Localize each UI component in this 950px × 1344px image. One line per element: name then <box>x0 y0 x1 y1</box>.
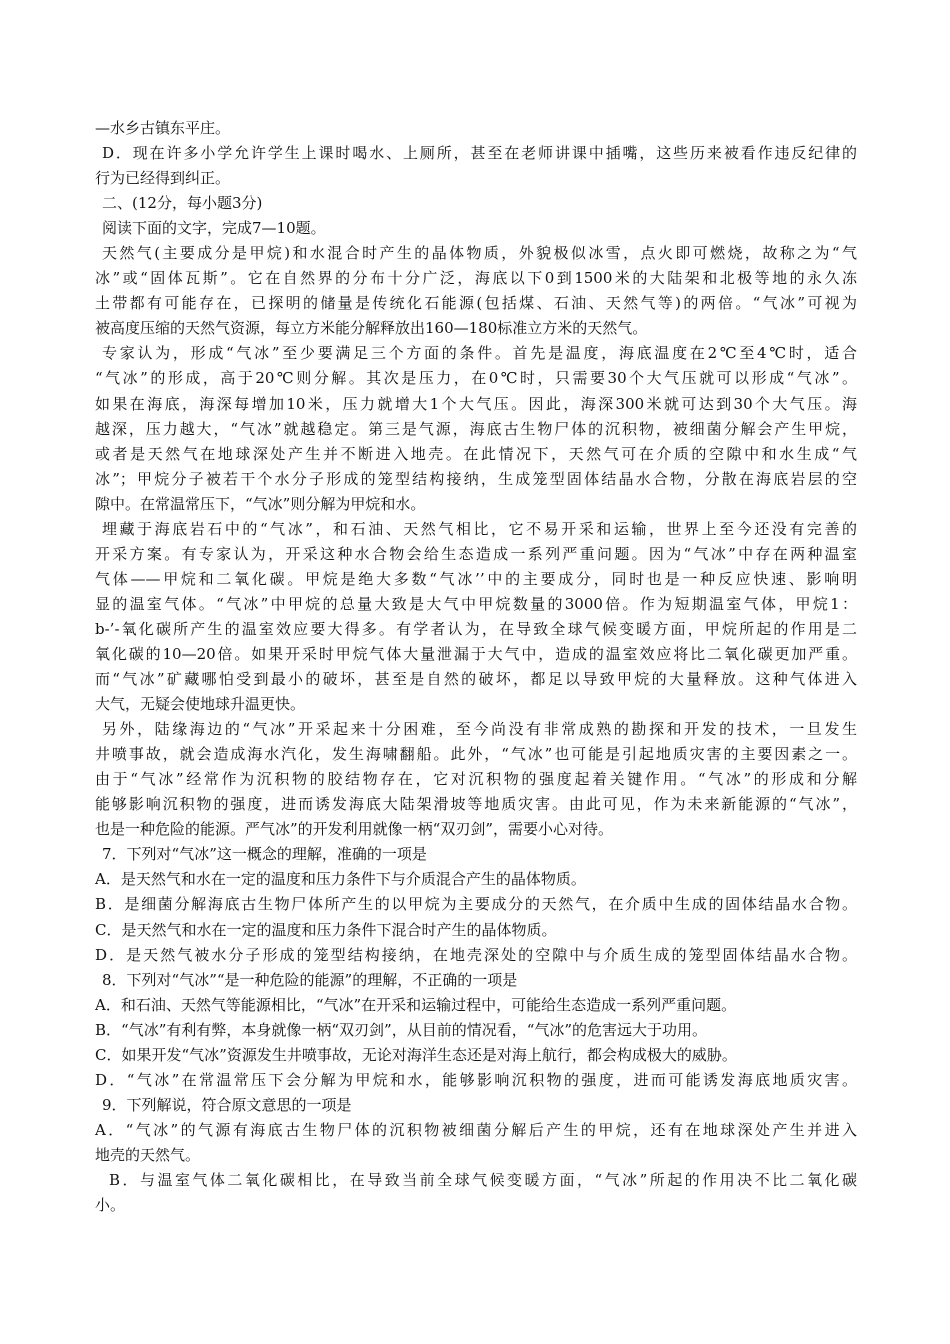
document-page: —水乡古镇东平庄。D．现在许多小学允许学生上课时喝水、上厕所，甚至在老师讲课中插… <box>95 116 857 1218</box>
text-line: 而“气冰”矿藏哪怕受到最小的破坏，甚至是自然的破坏，都足以导致甲烷的大量释放。这… <box>95 667 857 692</box>
text-line: “气冰”的形成，高于20℃则分解。其次是压力，在0℃时，只需要30个大气压就可以… <box>95 366 857 391</box>
text-line: 冰”或“固体瓦斯”。它在自然界的分布十分广泛，海底以下0到1500米的大陆架和北… <box>95 266 857 291</box>
text-line: 大气，无疑会使地球升温更快。 <box>95 692 857 717</box>
text-line: D．是天然气被水分子形成的笼型结构接纳，在地壳深处的空隙中与介质生成的笼型固体结… <box>95 943 857 968</box>
text-line: C．如果开发“气冰”资源发生井喷事故，无论对海洋生态还是对海上航行，都会构成极大… <box>95 1043 857 1068</box>
text-line: 二、(12分，每小题3分) <box>95 191 857 216</box>
text-line: A．和石油、天然气等能源相比，“气冰”在开采和运输过程中，可能给生态造成一系列严… <box>95 993 857 1018</box>
text-line: 也是一种危险的能源。严气冰”的开发利用就像一柄“双刃剑”，需要小心对待。 <box>95 817 857 842</box>
text-line: D．“气冰”在常温常压下会分解为甲烷和水，能够影响沉积物的强度，进而可能诱发海底… <box>95 1068 857 1093</box>
text-line: 能够影响沉积物的强度，进而诱发海底大陆架滑坡等地质灾害。由此可见，作为未来新能源… <box>95 792 857 817</box>
text-line: B．“气冰”有利有弊，本身就像一柄“双刃剑”，从目前的情况看，“气冰”的危害远大… <box>95 1018 857 1043</box>
text-line: b-’-氧化碳所产生的温室效应要大得多。有学者认为，在导致全球气候变暖方面，甲烷… <box>95 617 857 642</box>
text-line: 冰”；甲烷分子被若干个水分子形成的笼型结构接纳，生成笼型固体结晶水合物，分散在海… <box>95 467 857 492</box>
text-line: 埋藏于海底岩石中的“气冰”，和石油、天然气相比，它不易开采和运输，世界上至今还没… <box>95 517 857 542</box>
text-line: D．现在许多小学允许学生上课时喝水、上厕所，甚至在老师讲课中插嘴，这些历来被看作… <box>95 141 857 166</box>
text-line: 阅读下面的文字，完成7—10题。 <box>95 216 857 241</box>
text-line: 天然气(主要成分是甲烷)和水混合时产生的晶体物质，外貌极似冰雪，点火即可燃烧，故… <box>95 241 857 266</box>
text-line: 或者是天然气在地球深处产生并不断进入地壳。在此情况下，天然气可在介质的空隙中和水… <box>95 442 857 467</box>
text-line: 8．下列对“气冰”“是一种危险的能源”的理解，不正确的一项是 <box>95 968 857 993</box>
text-line: 行为已经得到纠正。 <box>95 166 857 191</box>
text-line: 地壳的天然气。 <box>95 1143 857 1168</box>
text-line: 另外，陆缘海边的“气冰”开采起来十分困难，至今尚没有非常成熟的勘探和开发的技术，… <box>95 717 857 742</box>
text-line: 越深，压力越大，“气冰”就越稳定。第三是气源，海底古生物尸体的沉积物，被细菌分解… <box>95 417 857 442</box>
text-line: 隙中。在常温常压下，“气冰”则分解为甲烷和水。 <box>95 492 857 517</box>
text-line: 气体——甲烷和二氧化碳。甲烷是绝大多数“气冰’’中的主要成分，同时也是一种反应快… <box>95 567 857 592</box>
text-line: B．与温室气体二氧化碳相比，在导致当前全球气候变暖方面，“气冰”所起的作用决不比… <box>95 1168 857 1193</box>
text-line: A．“气冰”的气源有海底古生物尸体的沉积物被细菌分解后产生的甲烷，还有在地球深处… <box>95 1118 857 1143</box>
text-line: A．是天然气和水在一定的温度和压力条件下与介质混合产生的晶体物质。 <box>95 867 857 892</box>
text-line: 井喷事故，就会造成海水汽化，发生海啸翻船。此外，“气冰”也可能是引起地质灾害的主… <box>95 742 857 767</box>
text-line: B．是细菌分解海底古生物尸体所产生的以甲烷为主要成分的天然气，在介质中生成的固体… <box>95 892 857 917</box>
text-line: —水乡古镇东平庄。 <box>95 116 857 141</box>
text-line: 土带都有可能存在，已探明的储量是传统化石能源(包括煤、石油、天然气等)的两倍。“… <box>95 291 857 316</box>
text-line: 如果在海底，海深每增加10米，压力就增大1个大气压。因此，海深300米就可达到3… <box>95 392 857 417</box>
text-line: 氧化碳的10—20倍。如果开采时甲烷气体大量泄漏于大气中，造成的温室效应将比二氧… <box>95 642 857 667</box>
text-line: 小。 <box>95 1193 857 1218</box>
text-line: 开采方案。有专家认为，开采这种水合物会给生态造成一系列严重问题。因为“气冰”中存… <box>95 542 857 567</box>
text-line: 专家认为，形成“气冰”至少要满足三个方面的条件。首先是温度，海底温度在2℃至4℃… <box>95 341 857 366</box>
text-line: 9．下列解说，符合原文意思的一项是 <box>95 1093 857 1118</box>
text-line: C．是天然气和水在一定的温度和压力条件下混合时产生的晶体物质。 <box>95 918 857 943</box>
text-line: 7．下列对“气冰”这一概念的理解，准确的一项是 <box>95 842 857 867</box>
text-line: 由于“气冰”经常作为沉积物的胶结物存在，它对沉积物的强度起着关键作用。“气冰”的… <box>95 767 857 792</box>
text-line: 显的温室气体。“气冰”中甲烷的总量大致是大气中甲烷数量的3000倍。作为短期温室… <box>95 592 857 617</box>
text-line: 被高度压缩的天然气资源，每立方米能分解释放出160—180标准立方米的天然气。 <box>95 316 857 341</box>
